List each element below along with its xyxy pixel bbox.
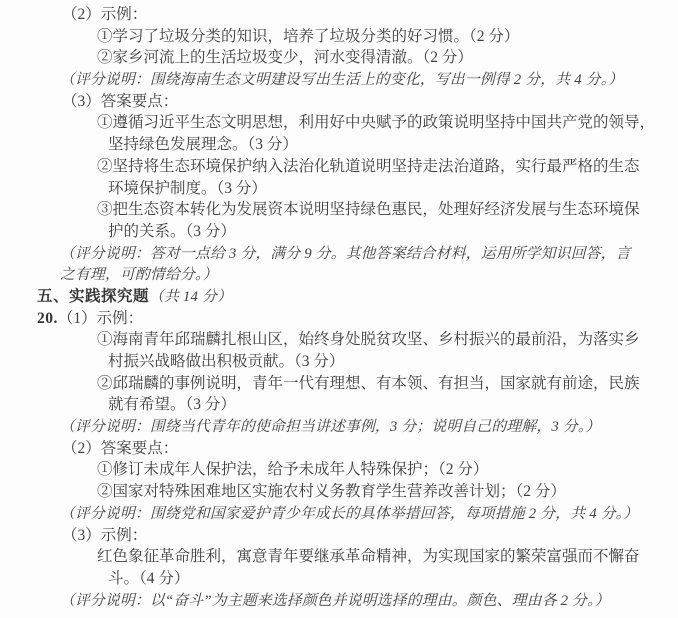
text-line: 红色象征革命胜利，寓意青年要继承革命精神，为实现国家的繁荣富强而不懈奋 xyxy=(0,546,678,568)
text-segment: （评分说明：以“奋斗”为主题来选择颜色并说明选择的理由。颜色、理由各 2 分。） xyxy=(60,593,610,609)
text-segment: ②坚持将生态环境保护纳入法治化轨道说明坚持走法治道路，实行最严格的生态 xyxy=(97,158,640,175)
text-segment: 斗。（4 分） xyxy=(108,570,189,587)
text-segment: 20. xyxy=(37,310,58,327)
text-segment: ①学习了垃圾分类的知识，培养了垃圾分类的好习惯。（2 分） xyxy=(97,28,519,45)
text-segment: 红色象征革命胜利，寓意青年要继承革命精神，为实现国家的繁荣富强而不懈奋 xyxy=(97,548,640,565)
text-segment: 之有理，可酌情给分。） xyxy=(60,267,218,283)
text-segment: ①海南青年邱瑞麟扎根山区，始终身处脱贫攻坚、乡村振兴的最前沿，为落实乡 xyxy=(97,331,640,348)
text-line: （评分说明：以“奋斗”为主题来选择颜色并说明选择的理由。颜色、理由各 2 分。） xyxy=(0,590,678,612)
text-segment: 坚持绿色发展理念。（3 分） xyxy=(108,136,298,153)
text-segment: 环境保护制度。（3 分） xyxy=(108,180,267,197)
text-segment: 护的关系。（3 分） xyxy=(108,223,236,240)
text-line: 20.（1）示例： xyxy=(0,308,678,330)
text-line: ②邱瑞麟的事例说明，青年一代有理想、有本领、有担当，国家就有前途，民族 xyxy=(0,373,678,395)
text-line: （3）答案要点： xyxy=(0,91,678,113)
document-content: （2）示例：①学习了垃圾分类的知识，培养了垃圾分类的好习惯。（2 分）②家乡河流… xyxy=(0,4,678,611)
text-segment: （评分说明：围绕当代青年的使命担当讲述事例，3 分；说明自己的理解，3 分。） xyxy=(60,419,601,435)
text-line: ②坚持将生态环境保护纳入法治化轨道说明坚持走法治道路，实行最严格的生态 xyxy=(0,156,678,178)
text-line: ①海南青年邱瑞麟扎根山区，始终身处脱贫攻坚、乡村振兴的最前沿，为落实乡 xyxy=(0,329,678,351)
text-line: ②国家对特殊困难地区实施农村义务教育学生营养改善计划；（2 分） xyxy=(0,481,678,503)
text-segment: （3）示例： xyxy=(62,527,147,544)
text-line: ②家乡河流上的生活垃圾变少，河水变得清澈。（2 分） xyxy=(0,47,678,69)
text-line: （评分说明：围绕海南生态文明建设写出生活上的变化，写出一例得 2 分，共 4 分… xyxy=(0,69,678,91)
text-segment: （共 14 分） xyxy=(149,289,232,305)
text-line: ③把生态资本转化为发展资本说明坚持绿色惠民，处理好经济发展与生态环境保 xyxy=(0,199,678,221)
text-segment: （1）示例： xyxy=(58,310,143,327)
text-line: 护的关系。（3 分） xyxy=(0,221,678,243)
text-segment: ②家乡河流上的生活垃圾变少，河水变得清澈。（2 分） xyxy=(97,49,473,66)
text-line: 之有理，可酌情给分。） xyxy=(0,264,678,286)
text-segment: ①遵循习近平生态文明思想，利用好中央赋予的政策说明坚持中国共产党的领导， xyxy=(97,114,655,131)
text-segment: 五、实践探究题 xyxy=(37,288,149,305)
text-line: （评分说明：围绕党和国家爱护青少年成长的具体举措回答，每项措施 2 分，共 4 … xyxy=(0,503,678,525)
text-line: 斗。（4 分） xyxy=(0,568,678,590)
text-line: ①学习了垃圾分类的知识，培养了垃圾分类的好习惯。（2 分） xyxy=(0,26,678,48)
text-segment: ②邱瑞麟的事例说明，青年一代有理想、有本领、有担当，国家就有前途，民族 xyxy=(97,375,640,392)
text-line: （2）答案要点： xyxy=(0,438,678,460)
text-segment: （3）答案要点： xyxy=(62,93,178,110)
text-line: 就有希望。（3 分） xyxy=(0,394,678,416)
text-segment: ①修订未成年人保护法，给予未成年人特殊保护；（2 分） xyxy=(97,461,488,478)
text-line: 环境保护制度。（3 分） xyxy=(0,178,678,200)
text-segment: （2）答案要点： xyxy=(62,440,178,457)
text-segment: ③把生态资本转化为发展资本说明坚持绿色惠民，处理好经济发展与生态环境保 xyxy=(97,201,640,218)
text-segment: （2）示例： xyxy=(62,6,147,23)
text-line: ①遵循习近平生态文明思想，利用好中央赋予的政策说明坚持中国共产党的领导， xyxy=(0,112,678,134)
text-line: （2）示例： xyxy=(0,4,678,26)
text-line: 村振兴战略做出积极贡献。（3 分） xyxy=(0,351,678,373)
text-segment: 就有希望。（3 分） xyxy=(108,396,236,413)
text-segment: （评分说明：围绕海南生态文明建设写出生活上的变化，写出一例得 2 分，共 4 分… xyxy=(60,72,623,88)
document-page: （2）示例：①学习了垃圾分类的知识，培养了垃圾分类的好习惯。（2 分）②家乡河流… xyxy=(0,0,678,618)
text-segment: 村振兴战略做出积极贡献。（3 分） xyxy=(108,353,344,370)
text-line: （评分说明：答对一点给 3 分，满分 9 分。其他答案结合材料，运用所学知识回答… xyxy=(0,243,678,265)
text-segment: ②国家对特殊困难地区实施农村义务教育学生营养改善计划；（2 分） xyxy=(97,483,566,500)
text-line: 五、实践探究题（共 14 分） xyxy=(0,286,678,308)
text-segment: （评分说明：答对一点给 3 分，满分 9 分。其他答案结合材料，运用所学知识回答… xyxy=(60,246,631,262)
text-line: 坚持绿色发展理念。（3 分） xyxy=(0,134,678,156)
text-line: （3）示例： xyxy=(0,525,678,547)
text-line: （评分说明：围绕当代青年的使命担当讲述事例，3 分；说明自己的理解，3 分。） xyxy=(0,416,678,438)
text-line: ①修订未成年人保护法，给予未成年人特殊保护；（2 分） xyxy=(0,459,678,481)
text-segment: （评分说明：围绕党和国家爱护青少年成长的具体举措回答，每项措施 2 分，共 4 … xyxy=(60,506,638,522)
